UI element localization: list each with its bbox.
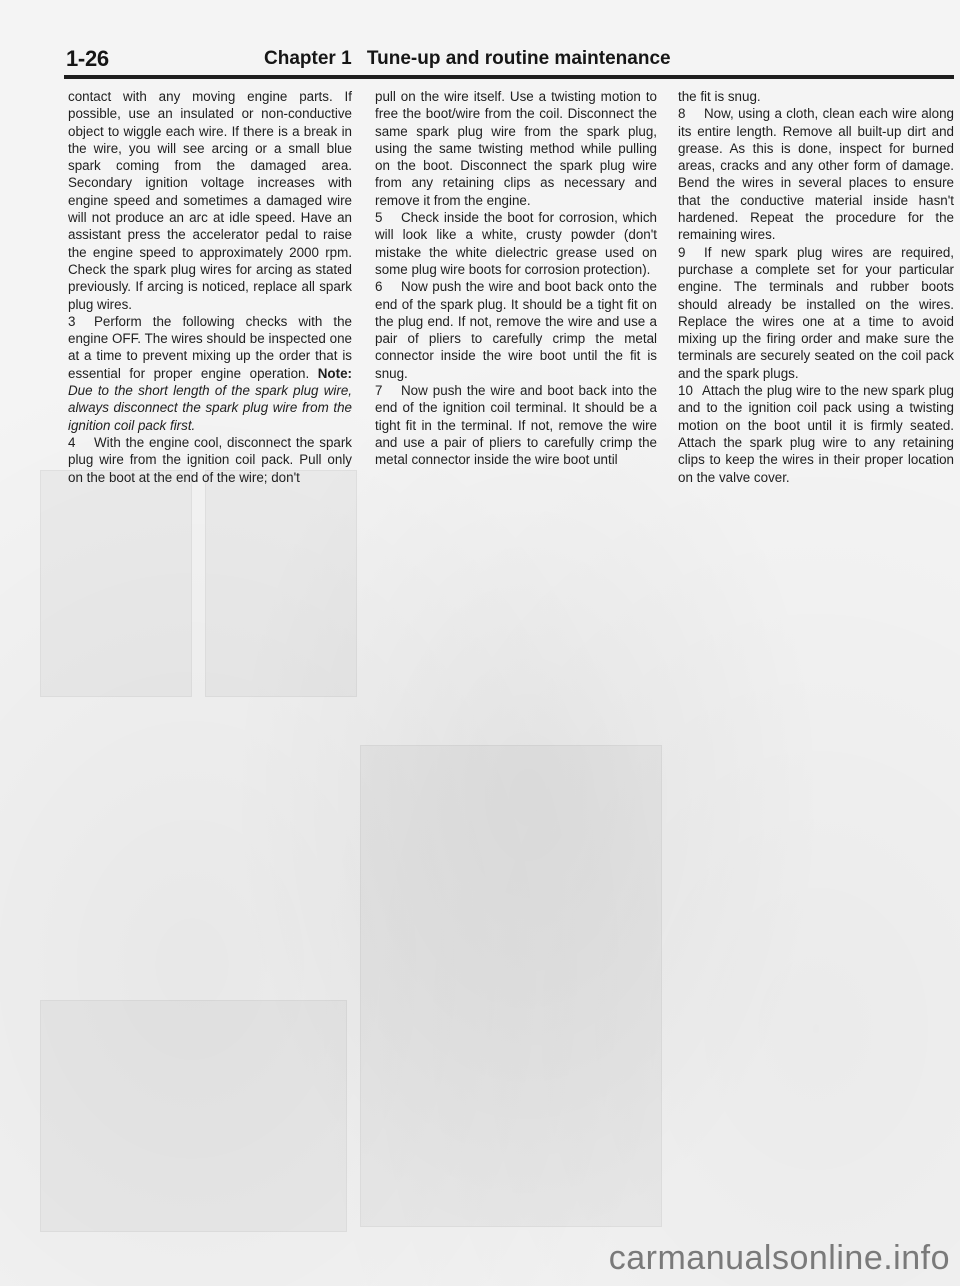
chapter-number: Chapter 1 <box>264 48 352 69</box>
chapter-title: Tune-up and routine maintenance <box>367 48 671 69</box>
step-number: 6 <box>375 278 401 295</box>
step-text: If new spark plug wires are required, pu… <box>678 245 954 381</box>
step-number: 10 <box>678 382 702 399</box>
step-6: 6Now push the wire and boot back onto th… <box>375 278 657 382</box>
step-text: Check inside the boot for corrosion, whi… <box>375 210 657 277</box>
step-5: 5Check inside the boot for corrosion, wh… <box>375 209 657 278</box>
step-text: With the engine cool, disconnect the spa… <box>68 435 352 485</box>
step-text: Now push the wire and boot back into the… <box>375 383 657 467</box>
step-9: 9If new spark plug wires are required, p… <box>678 244 954 382</box>
step-number: 3 <box>68 313 94 330</box>
text-column-1: contact with any moving engine parts. If… <box>68 88 352 486</box>
step-8: 8Now, using a cloth, clean each wire alo… <box>678 105 954 243</box>
page-header: 1-26 Chapter 1 Tune-up and routine maint… <box>66 46 954 74</box>
step-number: 5 <box>375 209 401 226</box>
bleed-through-figure-left <box>40 470 192 697</box>
note-label: Note: <box>318 366 352 381</box>
step-10: 10Attach the plug wire to the new spark … <box>678 382 954 486</box>
watermark-text: carmanualsonline.info <box>609 1239 950 1278</box>
step-number: 7 <box>375 382 401 399</box>
step-number: 9 <box>678 244 704 261</box>
step-4: 4With the engine cool, disconnect the sp… <box>68 434 352 486</box>
bleed-through-figure-lower-left <box>40 1000 347 1232</box>
paragraph-continuation: pull on the wire itself. Use a twisting … <box>375 88 657 209</box>
step-number: 4 <box>68 434 94 451</box>
step-text: Attach the plug wire to the new spark pl… <box>678 383 954 484</box>
paragraph-continuation: the fit is snug. <box>678 88 954 105</box>
step-text: Now push the wire and boot back onto the… <box>375 279 657 380</box>
bleed-through-figure-center <box>205 470 357 697</box>
step-7: 7Now push the wire and boot back into th… <box>375 382 657 468</box>
step-text: Perform the following checks with the en… <box>68 314 352 381</box>
manual-page: 1-26 Chapter 1 Tune-up and routine maint… <box>0 0 960 1286</box>
bleed-through-figure-lower-center <box>360 745 662 1227</box>
step-number: 8 <box>678 105 704 122</box>
chapter-heading: Chapter 1 Tune-up and routine maintenanc… <box>264 48 671 70</box>
paragraph-continuation: contact with any moving engine parts. If… <box>68 88 352 313</box>
note-text: Due to the short length of the spark plu… <box>68 383 352 433</box>
step-3: 3Perform the following checks with the e… <box>68 313 352 434</box>
header-rule-divider <box>64 75 954 79</box>
text-column-2: pull on the wire itself. Use a twisting … <box>375 88 657 469</box>
text-column-3: the fit is snug. 8Now, using a cloth, cl… <box>678 88 954 486</box>
page-number: 1-26 <box>66 46 109 72</box>
step-text: Now, using a cloth, clean each wire alon… <box>678 106 954 242</box>
